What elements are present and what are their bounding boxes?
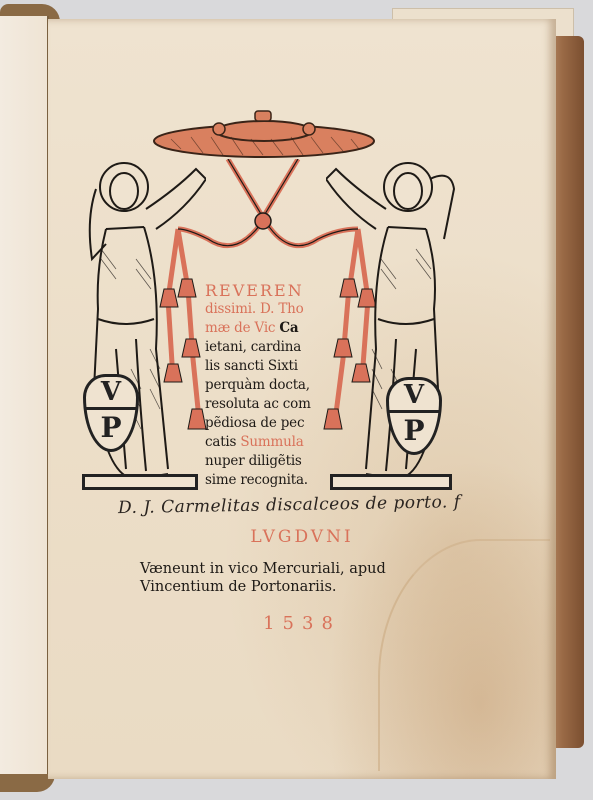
imprint-text: Væneunt in vico Mercuriali, apud Vincent… [140,560,460,596]
title-line: mæ de Vic [205,320,275,336]
title-line: dissimi. D. Tho [205,300,333,319]
pedestal-right [330,474,452,490]
imprint-line: Væneunt in vico Mercuriali, apud [140,560,460,578]
shield-left: V P [83,374,139,452]
title-line: pẽdiosa de pec [205,414,333,433]
title-line: catis [205,434,236,450]
book-cover-bottom-corner [0,774,55,792]
shield-left-top-letter: V [86,377,136,410]
imprint-year: 1538 [48,613,556,634]
title-line: lis sancti Sixti [205,357,333,376]
imprint-line: Vincentium de Portonariis. [140,578,460,596]
title-line: perquàm docta, [205,376,333,395]
shield-left-bottom-letter: P [86,410,136,446]
shield-right: V P [386,377,442,455]
title-line: resoluta ac com [205,395,333,414]
title-line: ietani, cardina [205,338,333,357]
title-text-block: REVEREN dissimi. D. Tho mæ de Vic Ca iet… [205,281,333,490]
title-line: sime recognita. [205,471,333,490]
title-page: V P V P REVEREN dissimi. D. Tho mæ de Vi… [48,19,556,779]
handwritten-inscription: D. J. Carmelitas discalceos de porto. f [118,492,478,518]
title-line: Summula [240,434,303,450]
left-flyleaf [0,16,49,774]
pedestal-left [82,474,198,490]
title-line: REVEREN [205,281,333,300]
title-line: nuper diligẽtis [205,452,333,471]
shield-right-bottom-letter: P [389,413,439,449]
shield-right-top-letter: V [389,380,439,413]
imprint-city: LVGDVNI [48,527,556,547]
title-line: Ca [279,320,298,336]
